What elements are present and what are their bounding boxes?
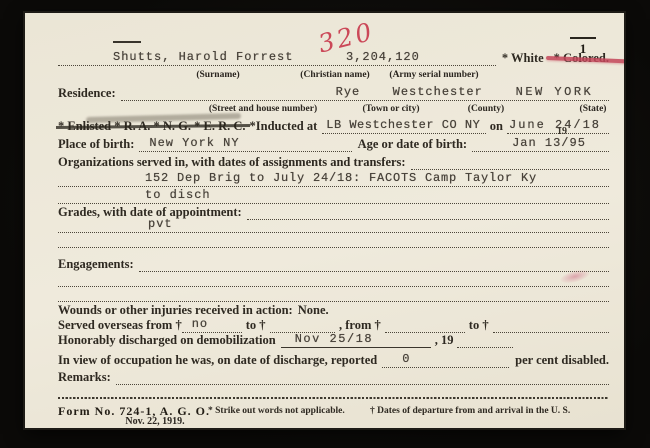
place-of-birth-line: New York NY	[139, 135, 351, 152]
discharge-label: Honorably discharged on demobilization	[58, 333, 281, 348]
discharge-date-line: Nov 25/18	[281, 331, 431, 348]
discharge-year-line	[457, 331, 513, 348]
organizations-entry-1-line: 152 Dep Brig to July 24/18: FACOTS Camp …	[58, 170, 609, 187]
photo-background: 1 320 Shutts, Harold Forrest 3,204,120 *…	[0, 0, 650, 448]
blank-row-1	[58, 231, 609, 248]
date-of-birth-line: Jan 13/95	[472, 135, 609, 152]
inducted-value: LB Westchester CO NY	[326, 118, 480, 132]
organizations-row: Organizations served in, with dates of a…	[58, 153, 609, 170]
discharge-date-value: Nov 25/18	[295, 332, 373, 346]
blank-dotted-line-1	[58, 231, 609, 248]
disability-percent-value: 0	[402, 352, 410, 366]
white-label: * White	[502, 51, 544, 66]
residence-town-value: Rye	[336, 85, 361, 99]
induction-date-line: June 24/18 19	[507, 117, 609, 134]
birth-row: Place of birth: New York NY Age or date …	[58, 135, 609, 152]
place-of-birth-label: Place of birth:	[58, 137, 139, 152]
page-number-overline	[570, 37, 596, 39]
town-label: (Town or city)	[333, 104, 449, 114]
organizations-entry-2-row: to disch	[58, 187, 609, 204]
serial-value: 3,204,120	[346, 50, 420, 64]
strike-out-footnote: * Strike out words not applicable.	[208, 406, 345, 416]
discharge-row-spacer	[513, 331, 609, 348]
county-label: (County)	[438, 104, 534, 114]
colored-label: * Colored.	[554, 51, 609, 66]
induction-date-value: June 24/18	[509, 118, 601, 132]
state-label: (State)	[548, 104, 624, 114]
residence-row: Residence: Rye Westchester NEW YORK	[58, 84, 609, 101]
remarks-label: Remarks:	[58, 370, 116, 385]
remarks-row: Remarks:	[58, 368, 609, 385]
name-value: Shutts, Harold Forrest	[113, 50, 293, 64]
blank-row-3	[58, 285, 609, 302]
organizations-entry-2-line: to disch	[58, 187, 609, 204]
dagger-footnote: † Dates of departure from and arrival in…	[370, 406, 570, 416]
street-label: (Street and house number)	[188, 104, 338, 114]
on-label: on	[486, 119, 507, 134]
blank-dotted-line-3	[58, 285, 609, 302]
form-date: Nov. 22, 1919.	[95, 416, 215, 427]
struck-enlistment-options: * Enlisted * R. A. * N. G. * E. R. C.	[58, 119, 250, 134]
name-row: Shutts, Harold Forrest 3,204,120 * White…	[58, 49, 609, 66]
inducted-dotted-line: LB Westchester CO NY	[322, 117, 486, 134]
age-or-date-of-birth-label: Age or date of birth:	[352, 137, 472, 152]
enlistment-row: * Enlisted * R. A. * N. G. * E. R. C. *I…	[58, 117, 609, 134]
name-dotted-line: Shutts, Harold Forrest 3,204,120	[58, 49, 496, 66]
discharge-year-label: , 19	[431, 333, 458, 348]
disability-percent-line: 0	[382, 351, 509, 368]
organizations-entry-2-value: to disch	[145, 188, 211, 202]
surname-label: (Surname)	[158, 70, 278, 80]
grade-value: pvt	[148, 217, 173, 231]
name-labels-row: (Surname) (Christian name) (Army serial …	[58, 68, 609, 80]
discharge-row: Honorably discharged on demobilization N…	[58, 331, 609, 348]
inducted-at-label: *Inducted at	[250, 119, 323, 134]
disability-label: In view of occupation he was, on date of…	[58, 353, 382, 368]
organizations-label: Organizations served in, with dates of a…	[58, 155, 411, 170]
military-service-record-card: 1 320 Shutts, Harold Forrest 3,204,120 *…	[25, 13, 624, 428]
top-dash-mark	[113, 41, 141, 43]
place-of-birth-value: New York NY	[149, 136, 239, 150]
organizations-entry-1-value: 152 Dep Brig to July 24/18: FACOTS Camp …	[145, 171, 537, 185]
residence-labels-row: (Street and house number) (Town or city)…	[58, 102, 609, 114]
residence-label: Residence:	[58, 86, 121, 101]
residence-state-value: NEW YORK	[516, 85, 594, 99]
disability-row: In view of occupation he was, on date of…	[58, 351, 609, 368]
remarks-dotted-line	[116, 368, 609, 385]
residence-dotted-line: Rye Westchester NEW YORK	[121, 84, 609, 101]
date-of-birth-value: Jan 13/95	[512, 136, 586, 150]
organizations-dotted-line	[411, 153, 609, 170]
army-serial-number-label: (Army serial number)	[363, 70, 505, 80]
disability-suffix-label: per cent disabled.	[509, 353, 609, 368]
organizations-entry-1-row: 152 Dep Brig to July 24/18: FACOTS Camp …	[58, 170, 609, 187]
residence-county-value: Westchester	[393, 85, 483, 99]
footer-divider-rule	[58, 397, 609, 399]
overseas-from-value: no	[192, 317, 208, 331]
